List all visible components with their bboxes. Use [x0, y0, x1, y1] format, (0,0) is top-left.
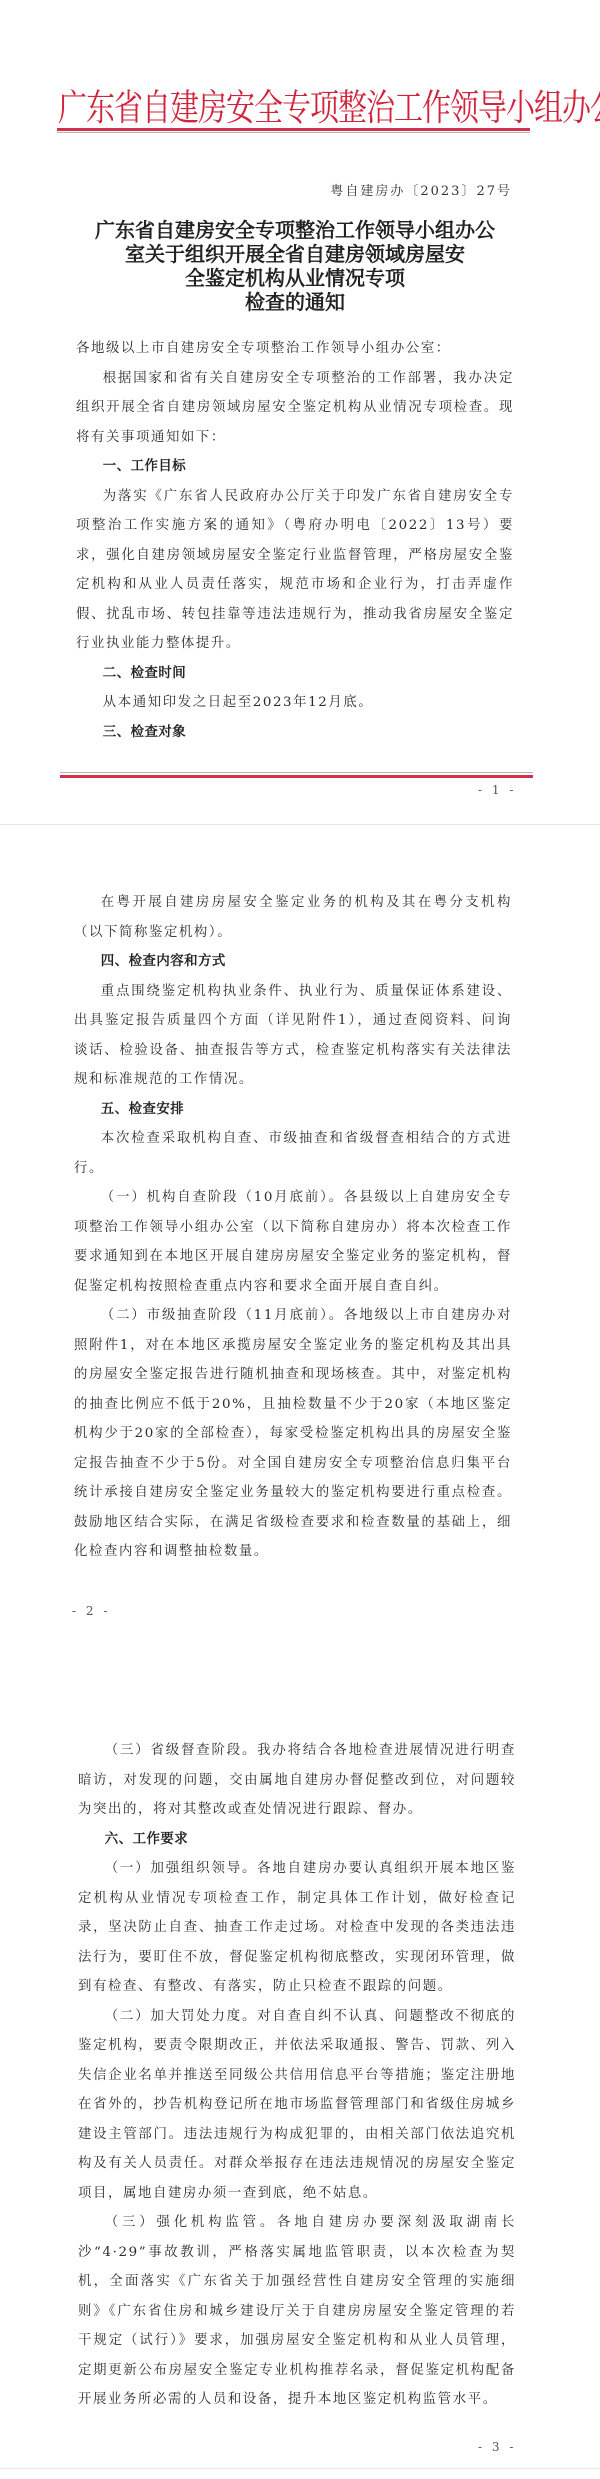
- section-3-paragraph: 在粤开展自建房房屋安全鉴定业务的机构及其在粤分支机构（以下简称鉴定机构）。: [74, 888, 512, 947]
- section-6-item-3: （三）强化机构监管。各地自建房办要深刻汲取湖南长沙“4·29”事故教训，严格落实…: [78, 2208, 516, 2415]
- section-5-item-1: （一）机构自查阶段（10月底前）。各县级以上自建房安全专项整治工作领导小组办公室…: [74, 1183, 512, 1301]
- title-line-3: 全鉴定机构从业情况专项: [60, 266, 530, 290]
- section-1-paragraph: 为落实《广东省人民政府办公厅关于印发广东省自建房安全专项整治工作实施方案的通知》…: [76, 482, 514, 659]
- section-5-item-3: （三）省级督查阶段。我办将结合各地检查进展情况进行明查暗访，对发现的问题，交由属…: [78, 1736, 516, 1825]
- page-break-1: [0, 824, 600, 825]
- page-number-2: - 2 -: [72, 1604, 110, 1618]
- section-6-item-2: （二）加大罚处力度。对自查自纠不认真、问题整改不彻底的鉴定机构，要责令限期改正，…: [78, 2002, 516, 2209]
- title-line-1: 广东省自建房安全专项整治工作领导小组办公: [60, 218, 530, 242]
- salutation: 各地级以上市自建房安全专项整治工作领导小组办公室：: [76, 334, 514, 364]
- section-4-paragraph: 重点围绕鉴定机构执业条件、执业行为、质量保证体系建设、出具鉴定报告质量四个方面（…: [74, 977, 512, 1095]
- section-heading-1: 一、工作目标: [76, 452, 514, 482]
- footer-rule-shadow: [60, 772, 533, 773]
- section-heading-2: 二、检查时间: [76, 659, 514, 689]
- page-1-body: 各地级以上市自建房安全专项整治工作领导小组办公室： 根据国家和省有关自建房安全专…: [76, 334, 514, 747]
- title-line-2: 室关于组织开展全省自建房领域房屋安: [60, 242, 530, 266]
- page-number-1: - 1 -: [478, 783, 516, 797]
- section-5-paragraph: 本次检查采取机构自查、市级抽查和省级督查相结合的方式进行。: [74, 1124, 512, 1183]
- section-heading-4: 四、检查内容和方式: [74, 947, 512, 977]
- page-2: 在粤开展自建房房屋安全鉴定业务的机构及其在粤分支机构（以下简称鉴定机构）。 四、…: [0, 830, 600, 1630]
- title-line-4: 检查的通知: [60, 290, 530, 314]
- section-2-paragraph: 从本通知印发之日起至2023年12月底。: [76, 688, 514, 718]
- header-rule-shadow: [57, 132, 530, 133]
- header-red-rule: [57, 128, 530, 131]
- page-bottom-edge: [0, 2468, 600, 2469]
- section-heading-6: 六、工作要求: [78, 1825, 516, 1855]
- page-1: 广东省自建房安全专项整治工作领导小组办公室 粤自建房办〔2023〕27号 广东省…: [0, 0, 600, 830]
- footer-red-rule: [60, 775, 533, 778]
- page-3-body: （三）省级督查阶段。我办将结合各地检查进展情况进行明查暗访，对发现的问题，交由属…: [78, 1736, 516, 2415]
- document-number: 粤自建房办〔2023〕27号: [330, 180, 512, 199]
- page-2-body: 在粤开展自建房房屋安全鉴定业务的机构及其在粤分支机构（以下简称鉴定机构）。 四、…: [74, 888, 512, 1567]
- section-5-item-2: （二）市级抽查阶段（11月底前）。各地级以上市自建房办对照附件1，对在本地区承揽…: [74, 1301, 512, 1567]
- issuing-office-title: 广东省自建房安全专项整治工作领导小组办公室: [58, 80, 528, 131]
- intro-paragraph: 根据国家和省有关自建房安全专项整治的工作部署，我办决定组织开展全省自建房领域房屋…: [76, 364, 514, 453]
- section-heading-5: 五、检查安排: [74, 1095, 512, 1125]
- section-6-item-1: （一）加强组织领导。各地自建房办要认真组织开展本地区鉴定机构从业情况专项检查工作…: [78, 1854, 516, 2002]
- page-3: （三）省级督查阶段。我办将结合各地检查进展情况进行明查暗访，对发现的问题，交由属…: [0, 1700, 600, 2479]
- section-heading-3: 三、检查对象: [76, 718, 514, 748]
- document-title: 广东省自建房安全专项整治工作领导小组办公 室关于组织开展全省自建房领域房屋安 全…: [60, 218, 530, 314]
- page-number-3: - 3 -: [478, 2440, 516, 2454]
